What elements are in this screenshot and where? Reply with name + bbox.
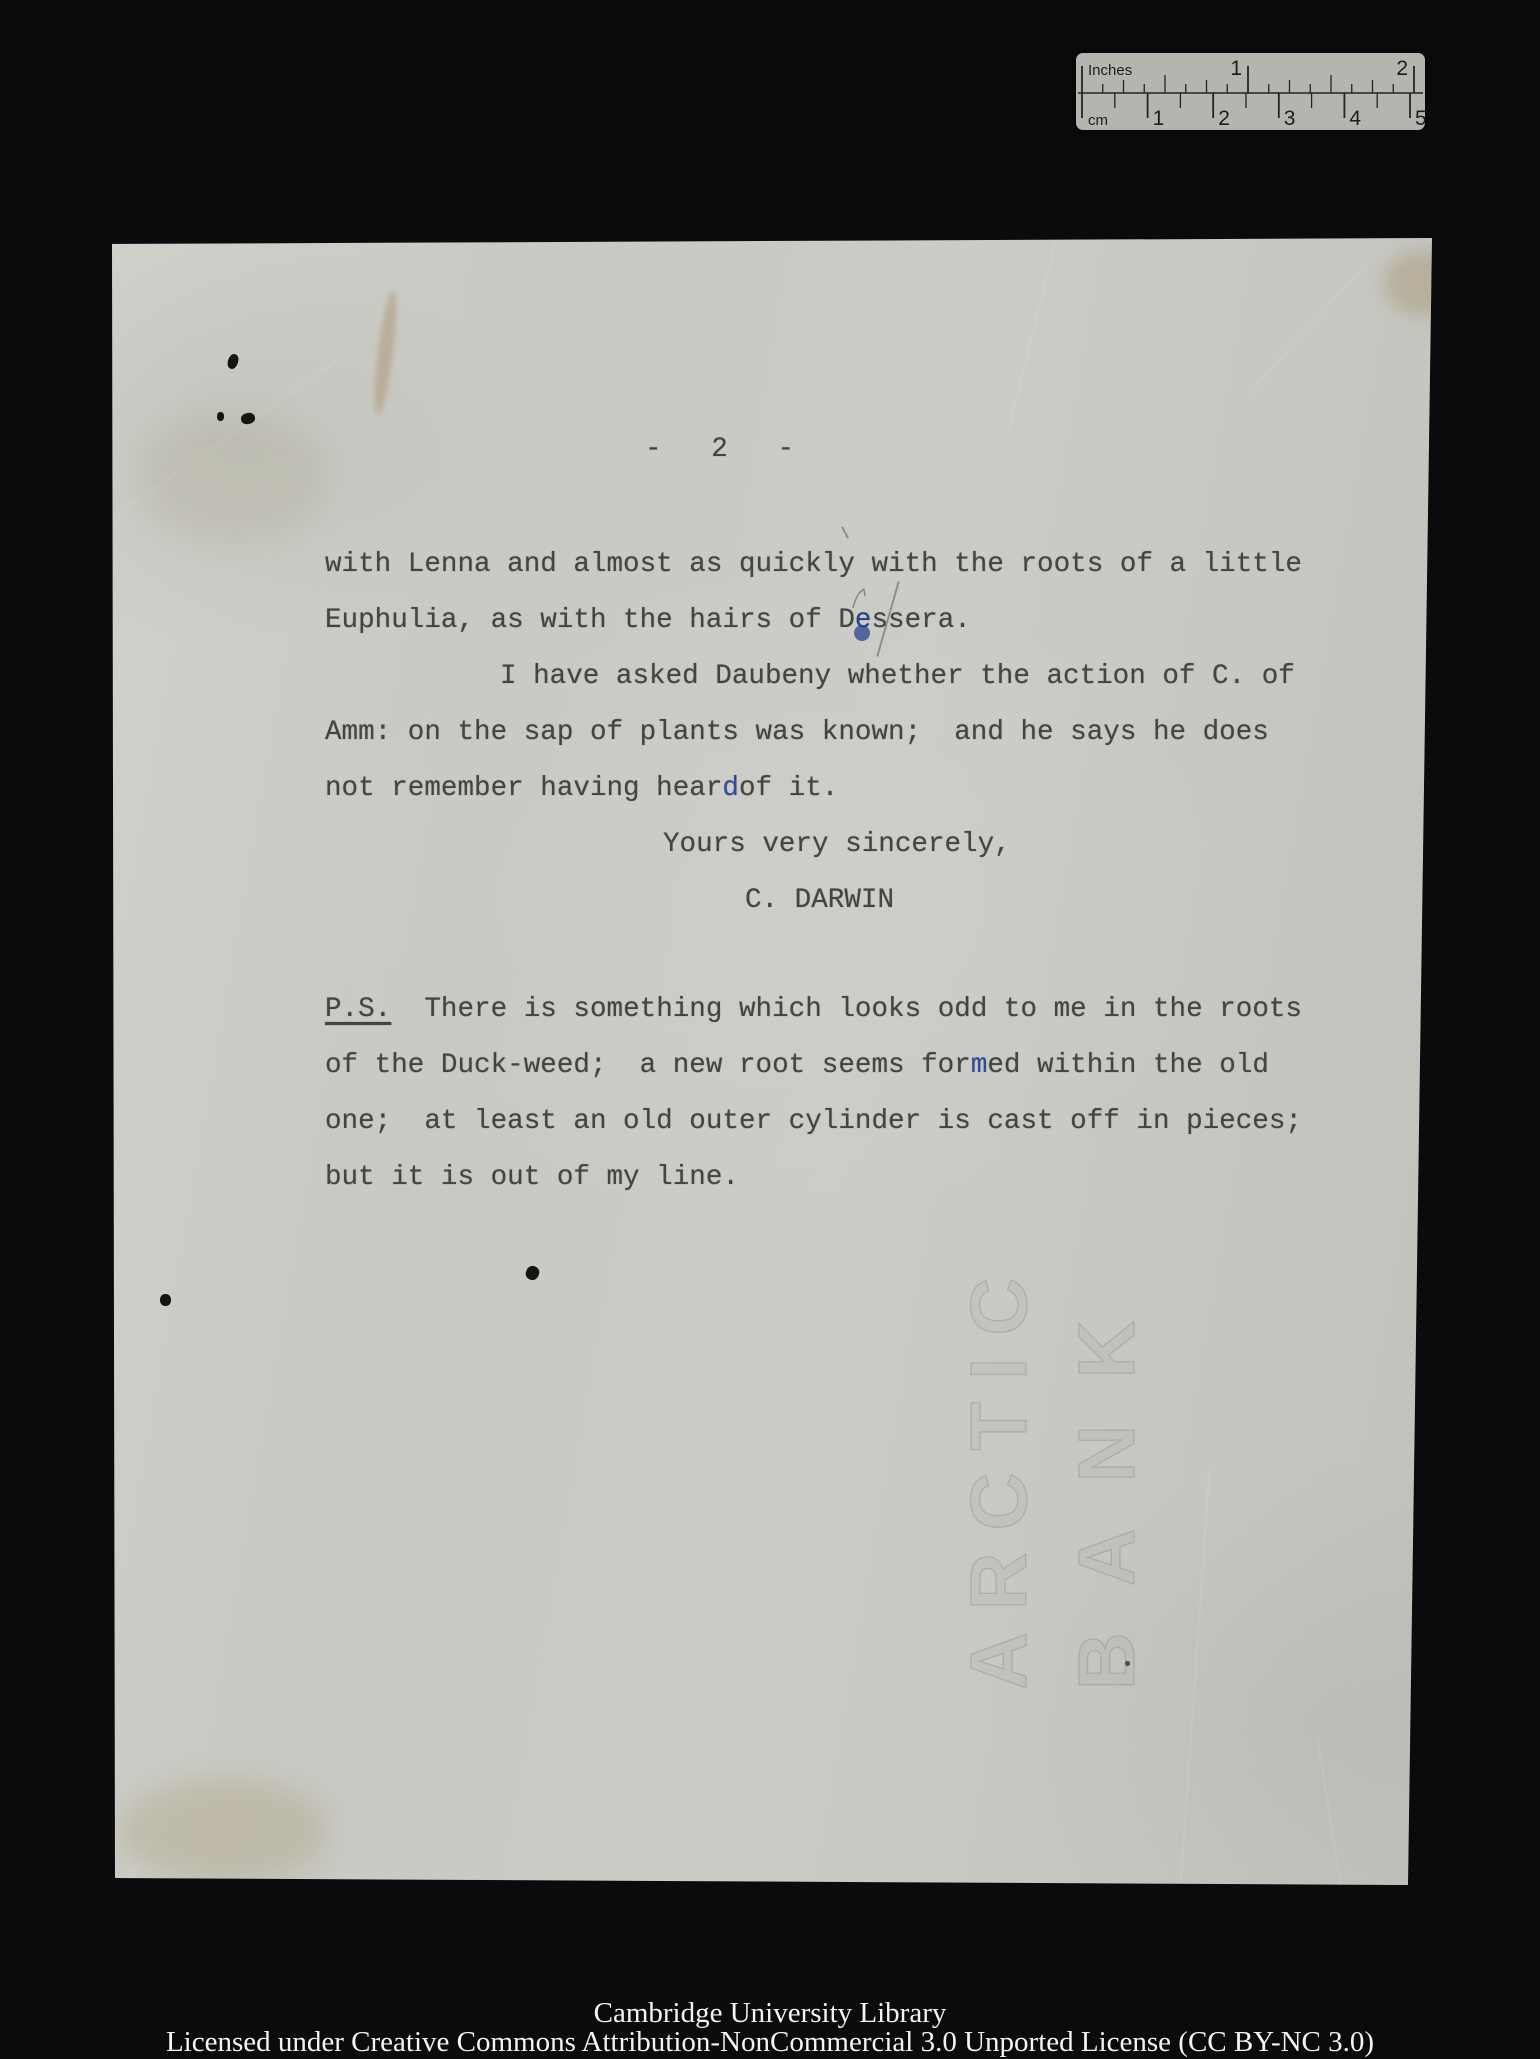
watermark-line: BANK (1053, 1180, 1161, 1690)
svg-text:5: 5 (1415, 107, 1425, 130)
typed-text: of it. (739, 773, 838, 804)
paper-hole (226, 353, 240, 370)
letter-line: P.S. There is something which looks odd … (325, 982, 1340, 1038)
letter-line: but it is out of my line. (325, 1150, 1340, 1206)
typed-text: one; at least an old outer cylinder is c… (325, 1106, 1302, 1137)
typed-text: not remember having hear (325, 773, 722, 804)
paper-hole (1125, 1661, 1130, 1666)
typed-text: with Lenna and almost as quickly with th… (325, 549, 1302, 580)
typed-text: ed within the old (987, 1050, 1269, 1081)
typed-text: of the Duck-weed; a new root seems for (325, 1050, 971, 1081)
stain (137, 413, 327, 543)
letter-page: ARCTIC BANK - 2 - with Lenna and almost … (112, 238, 1433, 1886)
photograph-background: { "page": { "caption": { "line1": "Cambr… (0, 0, 1540, 2059)
crease (1179, 1468, 1210, 1887)
stain (370, 290, 400, 416)
caption-license: Licensed under Creative Commons Attribut… (0, 2028, 1540, 2057)
stain (1384, 250, 1464, 316)
svg-text:4: 4 (1349, 107, 1361, 130)
svg-text:1: 1 (1230, 57, 1242, 80)
typed-text: C. DARWIN (745, 885, 894, 916)
measurement-ruler: 12Inches12345cm (1076, 53, 1425, 130)
paper-hole (160, 1294, 171, 1306)
ink-correction: e (855, 605, 872, 636)
letter-line: Amm: on the sap of plants was known; and… (325, 705, 1340, 761)
typed-text: Euphulia, as with the hairs of D (325, 605, 855, 636)
letter-line: I have asked Daubeny whether the action … (325, 649, 1340, 705)
watermark-line: ARCTIC (945, 1180, 1053, 1690)
crease (109, 1802, 177, 1909)
ink-correction: m (971, 1050, 988, 1081)
ink-correction: P.S. (325, 994, 391, 1025)
letter-lines: with Lenna and almost as quickly with th… (325, 537, 1340, 1206)
svg-text:2: 2 (1218, 107, 1230, 130)
typed-text: Yours very sincerely, (663, 829, 1011, 860)
caption: Cambridge University Library Licensed un… (0, 1999, 1540, 2057)
letter-line: Euphulia, as with the hairs of Dessera. (325, 593, 1340, 649)
crease (1316, 1734, 1342, 1887)
letter-line: Yours very sincerely, (325, 817, 1340, 873)
letter-line: one; at least an old outer cylinder is c… (325, 1094, 1340, 1150)
letter-line: C. DARWIN (325, 873, 1340, 929)
typed-text: I have asked Daubeny whether the action … (500, 661, 1295, 692)
typed-text: There is something which looks odd to me… (391, 994, 1302, 1025)
crease (118, 352, 348, 514)
stain (118, 1778, 328, 1883)
letter-line: not remember having heardof it. (325, 761, 1340, 817)
letter-line: of the Duck-weed; a new root seems forme… (325, 1038, 1340, 1094)
crease (1247, 261, 1369, 396)
page-number: - 2 - (645, 422, 794, 478)
paper-hole (240, 412, 256, 426)
crease (1008, 235, 1058, 429)
watermark-arctic-bank: ARCTIC BANK (945, 1180, 1175, 1690)
ink-correction: d (722, 773, 739, 804)
letter-line: with Lenna and almost as quickly with th… (325, 537, 1340, 593)
caption-institution: Cambridge University Library (0, 1999, 1540, 2028)
svg-text:1: 1 (1153, 107, 1165, 130)
paper-hole (524, 1264, 542, 1282)
typed-text: but it is out of my line. (325, 1162, 739, 1193)
svg-text:3: 3 (1284, 107, 1296, 130)
ruler-ticks: 12Inches12345cm (1076, 53, 1425, 130)
svg-text:2: 2 (1396, 57, 1408, 80)
svg-text:Inches: Inches (1088, 62, 1132, 79)
paper-hole (217, 412, 224, 421)
svg-text:cm: cm (1088, 112, 1108, 129)
typed-text: Amm: on the sap of plants was known; and… (325, 717, 1269, 748)
